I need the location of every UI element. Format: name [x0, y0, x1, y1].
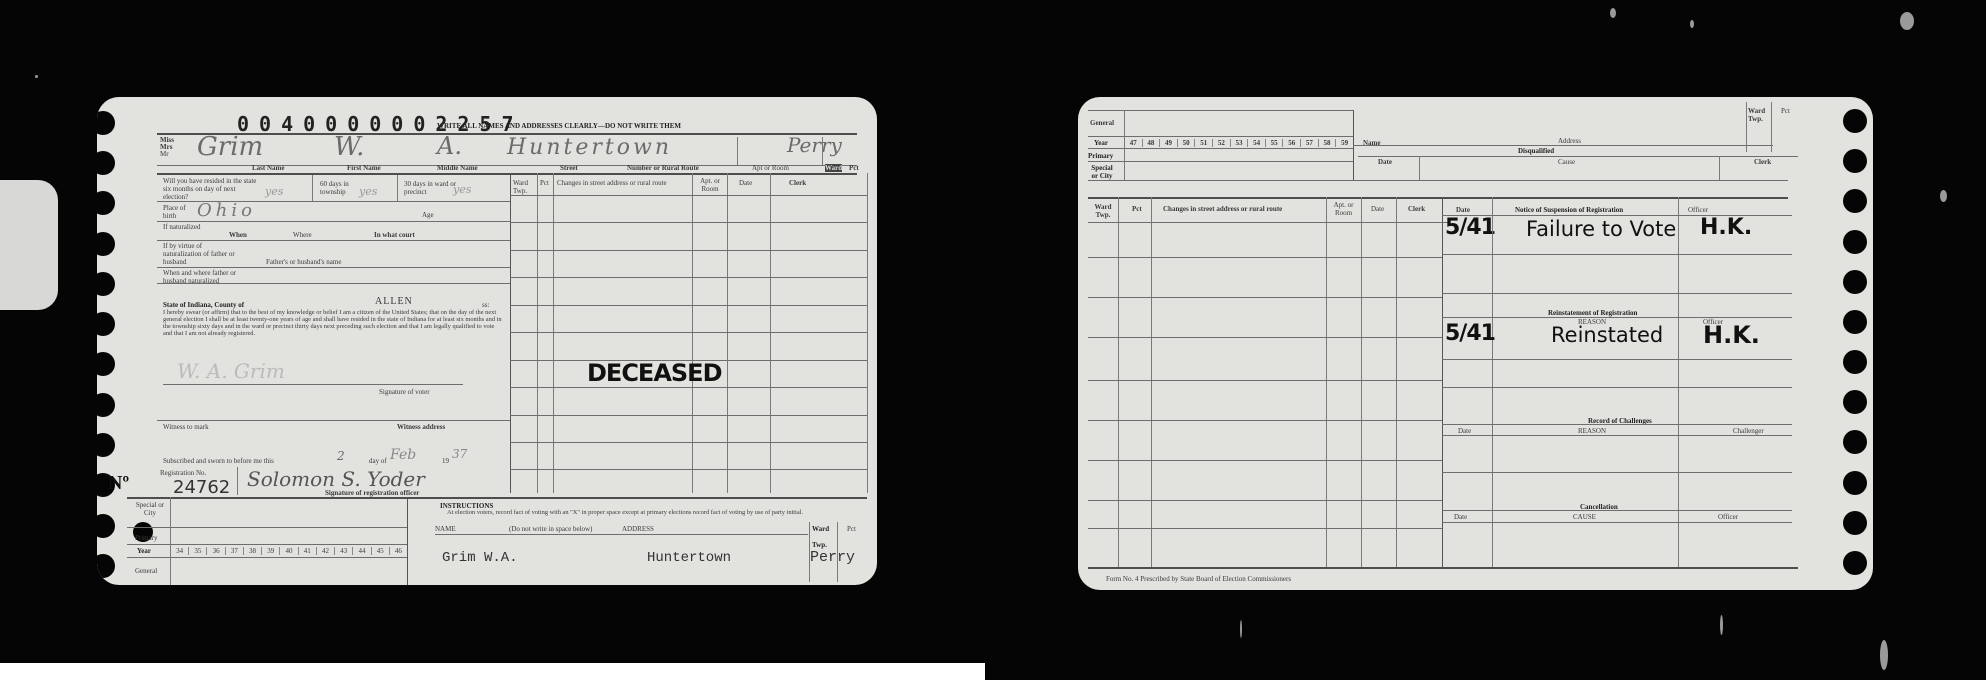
- changes-header-ward: Ward Twp.: [513, 179, 535, 195]
- year-cell: 47: [1125, 139, 1143, 147]
- rule: [1442, 317, 1792, 318]
- suspension-header-date: Date: [1456, 206, 1470, 214]
- rule: [157, 420, 510, 421]
- cancellation-header-officer: Officer: [1718, 513, 1738, 521]
- year-cell: 56: [1283, 139, 1301, 147]
- year-cell: 51: [1195, 139, 1213, 147]
- rule: [867, 173, 868, 493]
- punch-hole: [1843, 471, 1867, 495]
- rule: [1088, 420, 1442, 421]
- background-speck: [1880, 640, 1888, 670]
- rule: [1088, 337, 1442, 338]
- salutation-mr: Mr: [160, 150, 169, 158]
- suspension-reason: Failure to Vote: [1526, 217, 1676, 241]
- reinstatement-title: Reinstatement of Registration: [1548, 309, 1637, 317]
- punch-hole: [1843, 270, 1867, 294]
- label-voter-signature: Signature of voter: [379, 388, 430, 396]
- label-cause: Cause: [1558, 158, 1575, 166]
- rule: [1088, 380, 1442, 381]
- rule: [407, 497, 408, 585]
- label-date: Date: [1378, 158, 1392, 166]
- rule: [1419, 156, 1420, 180]
- label-day-of: day of: [369, 457, 387, 465]
- grid-label-general: General: [135, 567, 157, 575]
- punch-hole: [97, 191, 115, 215]
- rule: [1442, 254, 1792, 255]
- year-cell: 49: [1160, 139, 1178, 147]
- answer-state: yes: [265, 185, 283, 198]
- punch-hole: [97, 433, 115, 457]
- rule: [553, 173, 554, 493]
- label-father-name: Father's or husband's name: [266, 258, 341, 266]
- question-ward: 30 days in ward or precinct: [404, 180, 459, 196]
- label-pct-bottom: Pct: [847, 525, 856, 533]
- suspension-date: 5/41: [1445, 215, 1495, 240]
- rule: [170, 497, 171, 585]
- label-apt: Apt or Room: [752, 164, 789, 172]
- label-when: When: [229, 231, 247, 239]
- rule: [157, 221, 510, 222]
- sworn-day: 2: [337, 449, 345, 463]
- deceased-stamp: DECEASED: [587, 359, 722, 387]
- rule: [435, 534, 808, 535]
- rule: [727, 173, 728, 493]
- label-pct: Pct: [849, 164, 859, 172]
- label-disqualified: Disqualified: [1518, 147, 1554, 155]
- rule: [1442, 387, 1792, 388]
- label-last-name: Last Name: [252, 164, 284, 172]
- background-speck: [1610, 8, 1616, 18]
- rule: [1442, 197, 1443, 567]
- rule: [1088, 257, 1442, 258]
- punch-hole: [97, 393, 115, 417]
- officer-signature: Solomon S. Yoder: [247, 467, 425, 491]
- rule: [163, 384, 463, 385]
- changes-header-clerk: Clerk: [1408, 205, 1425, 213]
- rule: [1771, 102, 1772, 152]
- rule: [692, 173, 693, 493]
- year-cell: 34: [171, 547, 189, 555]
- rule: [157, 240, 510, 241]
- background-speck: [1240, 620, 1242, 638]
- label-ward-twp: Ward Twp.: [1748, 107, 1770, 123]
- label-year-prefix: 19: [442, 457, 449, 465]
- punch-hole: [1843, 109, 1867, 133]
- punch-hole: [1843, 149, 1867, 173]
- answer-township: yes: [359, 185, 377, 198]
- middle-name-handwritten: A.: [437, 132, 462, 160]
- rule: [770, 173, 771, 493]
- changes-header-pct: Pct: [540, 179, 549, 187]
- rule: [1088, 567, 1798, 569]
- rule: [510, 415, 867, 416]
- year-cell: 53: [1231, 139, 1249, 147]
- rule: [1118, 197, 1119, 567]
- question-state: Will you have resided in the state six m…: [163, 177, 258, 201]
- label-registration-no: Registration No.: [160, 469, 206, 477]
- changes-header-address: Changes in street address or rural route: [557, 179, 667, 187]
- registration-card-back: General Year Primary Special or City 47 …: [1078, 97, 1873, 590]
- rule: [1396, 197, 1397, 567]
- rule: [1361, 197, 1362, 567]
- changes-header-address: Changes in street address or rural route: [1163, 205, 1282, 213]
- year-cell: 42: [317, 547, 335, 555]
- last-name-handwritten: Grim: [197, 132, 263, 162]
- changes-header-apt: Apt. or Room: [695, 177, 725, 193]
- sworn-month: Feb: [390, 447, 416, 463]
- year-cell: 38: [244, 547, 262, 555]
- voter-signature: W. A. Grim: [177, 359, 285, 383]
- label-sworn: Subscribed and sworn to before me this: [163, 457, 274, 465]
- punch-hole: [97, 514, 115, 538]
- rule: [510, 250, 867, 251]
- rule: [510, 277, 867, 278]
- year-cell: 59: [1336, 139, 1353, 147]
- label-officer-signature: Signature of registration officer: [325, 489, 419, 497]
- registration-number: 24762: [173, 477, 230, 498]
- changes-header-pct: Pct: [1132, 205, 1142, 213]
- number-symbol: Nº: [108, 472, 129, 495]
- year-cell: 43: [335, 547, 353, 555]
- reinstatement-date: 5/41: [1445, 321, 1495, 346]
- rule: [1746, 102, 1747, 152]
- punch-hole: [1843, 310, 1867, 334]
- year-cell: 50: [1178, 139, 1196, 147]
- rule: [127, 527, 407, 528]
- oath-state-line: State of Indiana, County of: [163, 301, 244, 309]
- rule: [127, 497, 867, 499]
- answer-ward: yes: [453, 183, 471, 196]
- typed-address: Huntertown: [647, 550, 731, 566]
- instructions-note: (Do not write in space below): [509, 525, 592, 533]
- rule: [157, 283, 510, 284]
- label-witness-mark: Witness to mark: [163, 423, 209, 431]
- rule: [510, 222, 867, 223]
- year-cell: 57: [1301, 139, 1319, 147]
- oath-text: I hereby swear (or affirm) that to the b…: [163, 309, 503, 337]
- suspension-header-officer: Officer: [1688, 206, 1708, 214]
- punch-hole: [97, 232, 115, 256]
- punch-hole: [97, 111, 115, 135]
- label-number: Number or Rural Route: [627, 164, 699, 172]
- rule: [1442, 472, 1792, 473]
- blank-strip: [0, 663, 985, 680]
- year-row: 34 35 36 37 38 39 40 41 42 43 44 45 46: [171, 547, 407, 555]
- label-clerk: Clerk: [1754, 158, 1771, 166]
- rule: [1442, 424, 1792, 425]
- rule: [1088, 197, 1788, 199]
- ward-handwritten: Perry: [787, 133, 842, 157]
- year-row: 47 48 49 50 51 52 53 54 55 56 57 58 59: [1125, 139, 1353, 147]
- label-ward-bottom: Ward: [812, 525, 829, 533]
- punch-hole: [1843, 430, 1867, 454]
- header-notice: WRITE ALL NAMES AND ADDRESSES CLEARLY—DO…: [437, 122, 681, 130]
- label-middle-name: Middle Name: [437, 164, 478, 172]
- punch-hole: [97, 352, 115, 376]
- rule: [127, 557, 407, 558]
- changes-header-date: Date: [1371, 205, 1384, 213]
- rule: [1151, 197, 1152, 567]
- rule: [312, 175, 313, 201]
- typed-township: Perry: [810, 549, 855, 566]
- rule: [1719, 156, 1720, 180]
- punch-hole: [97, 312, 115, 336]
- rule: [510, 442, 867, 443]
- punch-hole: [97, 554, 115, 578]
- rule: [237, 467, 238, 495]
- card-tab: [0, 180, 58, 310]
- year-cell: 45: [372, 547, 390, 555]
- rule: [1442, 510, 1792, 511]
- background-speck: [1940, 190, 1947, 202]
- year-cell: 52: [1213, 139, 1231, 147]
- year-cell: 58: [1319, 139, 1337, 147]
- year-cell: 54: [1248, 139, 1266, 147]
- rule: [510, 469, 867, 470]
- background-speck: [1900, 12, 1914, 30]
- year-cell: 39: [262, 547, 280, 555]
- rule: [1442, 522, 1792, 523]
- sworn-year: 37: [452, 447, 467, 461]
- label-first-name: First Name: [347, 164, 381, 172]
- rule: [510, 173, 511, 493]
- challenges-header-challenger: Challenger: [1733, 427, 1764, 435]
- punch-hole: [1843, 230, 1867, 254]
- rule: [1326, 197, 1327, 567]
- year-cell: 40: [280, 547, 298, 555]
- rule: [537, 173, 538, 493]
- label-address: ADDRESS: [622, 525, 654, 533]
- year-cell: 55: [1266, 139, 1284, 147]
- label-twp: Twp.: [812, 541, 827, 549]
- grid-label-primary: Primary: [1088, 152, 1113, 160]
- label-where: Where: [293, 231, 312, 239]
- rule: [1088, 161, 1353, 162]
- oath-ss: ss:: [482, 301, 489, 309]
- grid-label-primary: Primary: [135, 534, 158, 542]
- form-footer: Form No. 4 Prescribed by State Board of …: [1106, 575, 1291, 583]
- rule: [1442, 293, 1792, 294]
- label-age: Age: [422, 211, 434, 219]
- rule: [1088, 460, 1442, 461]
- label-naturalized: If naturalized: [163, 223, 203, 231]
- rule: [1088, 500, 1442, 501]
- grid-label-year: Year: [1094, 139, 1108, 147]
- rule: [510, 305, 867, 306]
- year-cell: 44: [353, 547, 371, 555]
- label-court: In what court: [374, 231, 415, 239]
- oath-county: ALLEN: [375, 298, 413, 306]
- rule: [1088, 297, 1442, 298]
- rule: [737, 137, 738, 165]
- label-by-virtue: If by virtue of naturalization of father…: [163, 242, 235, 266]
- background-speck: [1720, 615, 1723, 635]
- label-witness-address: Witness address: [397, 423, 445, 431]
- rule: [1088, 528, 1442, 529]
- year-cell: 46: [390, 547, 407, 555]
- punch-hole: [1843, 189, 1867, 213]
- rule: [397, 175, 398, 201]
- punch-hole: [1843, 350, 1867, 374]
- rule: [822, 137, 823, 165]
- changes-header-date: Date: [739, 179, 752, 187]
- punch-hole: [1843, 511, 1867, 535]
- changes-header-ward: Ward Twp.: [1092, 203, 1114, 219]
- background-speck: [35, 75, 38, 78]
- year-cell: 35: [189, 547, 207, 555]
- reinstatement-reason: Reinstated: [1551, 323, 1663, 347]
- year-cell: 41: [299, 547, 317, 555]
- rule: [1088, 180, 1788, 181]
- rule: [1088, 148, 1353, 149]
- reinstatement-officer: H.K.: [1703, 321, 1760, 349]
- cancellation-header-cause: CAUSE: [1573, 513, 1596, 521]
- rule: [1088, 136, 1353, 137]
- birthplace-handwritten: Ohio: [197, 200, 256, 221]
- suspension-officer: H.K.: [1700, 215, 1752, 240]
- year-cell: 48: [1143, 139, 1161, 147]
- rule: [510, 387, 867, 388]
- rule: [127, 544, 407, 545]
- cancellation-header-date: Date: [1454, 513, 1467, 521]
- rule: [1442, 359, 1792, 360]
- grid-label-year: Year: [137, 547, 151, 555]
- typed-name: Grim W.A.: [442, 550, 518, 566]
- year-cell: 36: [207, 547, 225, 555]
- rule: [1088, 110, 1353, 111]
- label-name: NAME: [435, 525, 456, 533]
- rule: [1492, 197, 1493, 567]
- punch-hole: [97, 272, 115, 296]
- rule: [1358, 156, 1798, 157]
- rule: [1442, 435, 1792, 436]
- label-birthplace: Place of birth: [163, 204, 191, 220]
- punch-hole: [97, 151, 115, 175]
- punch-hole: [1843, 551, 1867, 575]
- label-address: Address: [1558, 137, 1581, 145]
- suspension-header-notice: Notice of Suspension of Registration: [1515, 206, 1623, 214]
- rule: [1353, 145, 1773, 146]
- background-speck: [1690, 20, 1694, 28]
- challenges-header-reason: REASON: [1578, 427, 1606, 435]
- grid-label-special: Special or City: [1090, 164, 1114, 180]
- rule: [510, 332, 867, 333]
- label-street: Street: [560, 164, 578, 172]
- instructions-text: At election voters, record fact of votin…: [447, 509, 852, 516]
- rule: [157, 267, 510, 268]
- changes-header-apt: Apt. or Room: [1331, 201, 1356, 217]
- registration-card-front: 0040000002257 WRITE ALL NAMES AND ADDRES…: [97, 97, 877, 585]
- rule: [1088, 222, 1448, 223]
- punch-hole: [1843, 390, 1867, 414]
- changes-header-clerk: Clerk: [789, 179, 806, 187]
- year-cell: 37: [226, 547, 244, 555]
- rule: [1678, 197, 1679, 567]
- challenges-header-date: Date: [1458, 427, 1471, 435]
- label-ward: Ward: [825, 164, 842, 172]
- rule: [510, 195, 867, 196]
- rule: [157, 173, 857, 175]
- first-name-handwritten: W.: [334, 132, 364, 162]
- label-pct: Pct: [1781, 107, 1790, 115]
- grid-label-general: General: [1090, 119, 1114, 127]
- street-handwritten: Huntertown: [507, 135, 672, 160]
- grid-label-special: Special or City: [135, 501, 165, 517]
